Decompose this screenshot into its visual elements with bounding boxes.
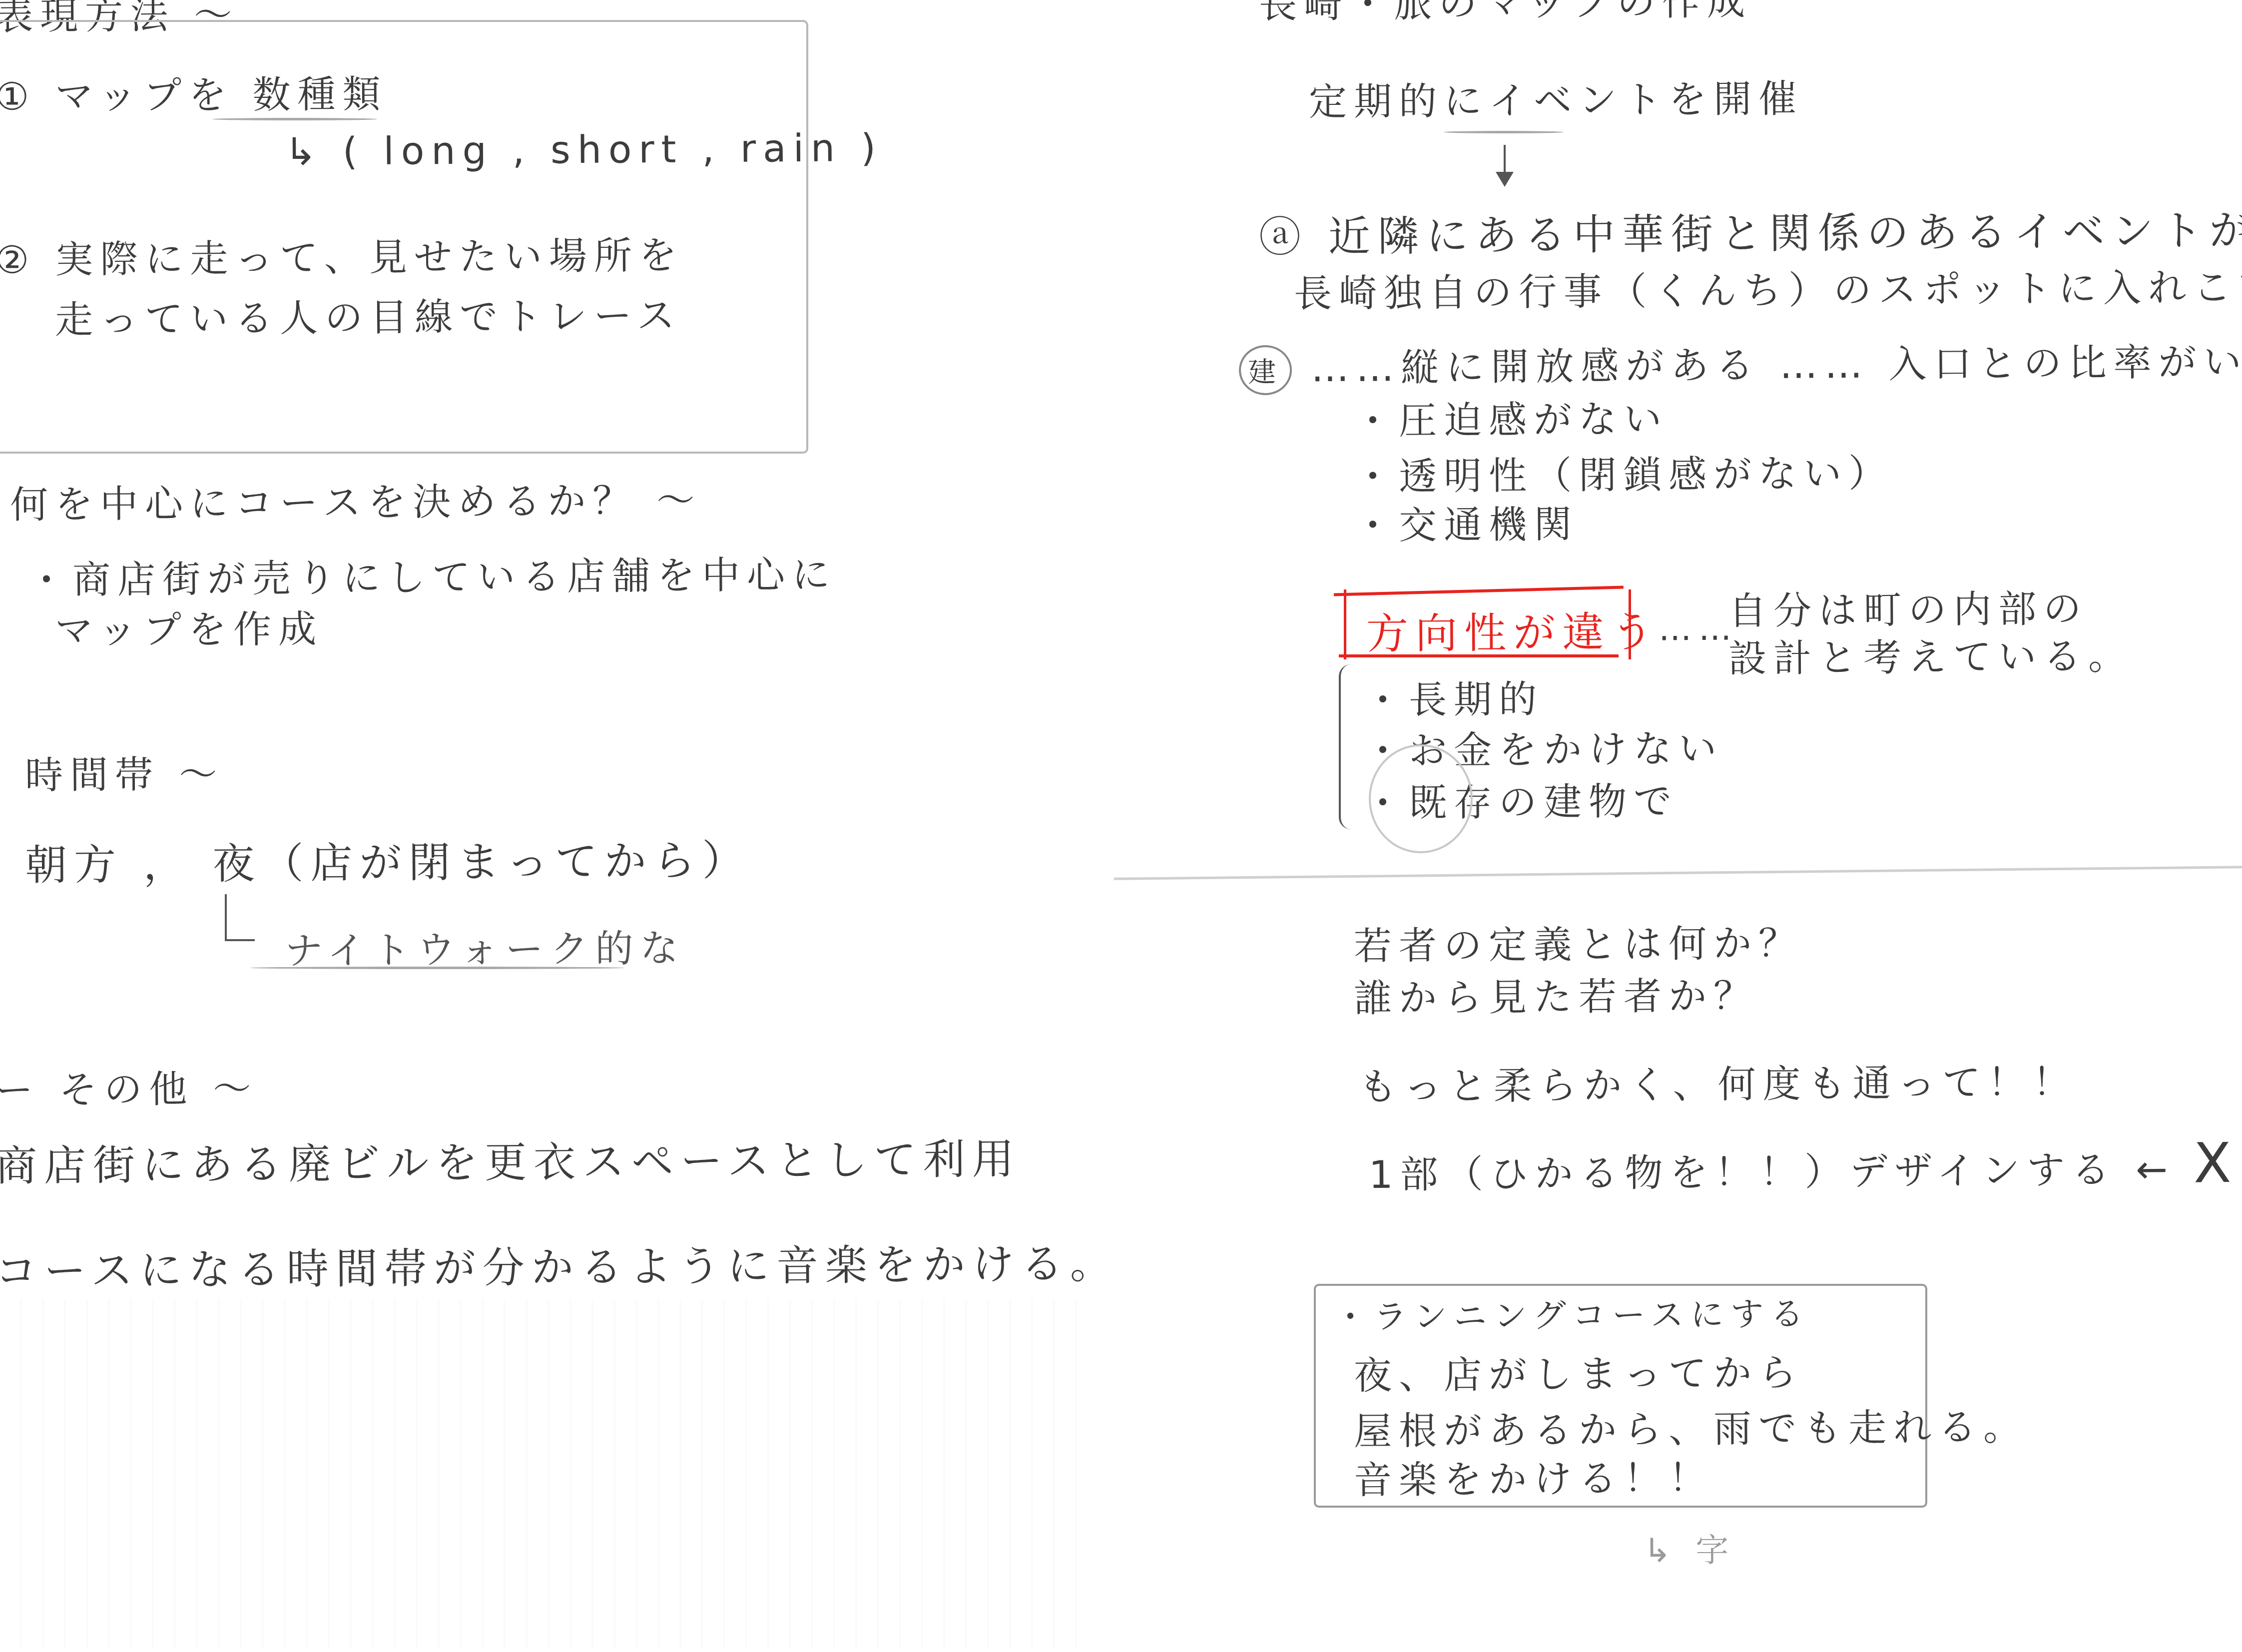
brace-mark (1339, 664, 1351, 829)
architecture-bullet-3: ・交通機関 (1354, 494, 1579, 550)
running-annotation: ↳ 字 (1644, 1523, 1736, 1571)
idea-marker-icon: ⓐ (1259, 212, 1308, 262)
architecture-bullet-1: ・圧迫感がない (1354, 389, 1669, 445)
scan-texture (0, 1299, 1089, 1649)
idea-line-1: ⓐ 近隣にある中華街と関係のあるイベントが 主 (1259, 196, 2242, 264)
bracket-foot (225, 939, 255, 941)
hook-arrow-icon: ↳ (285, 129, 324, 174)
time-line: 朝方 ， 夜（店が閉まってから） (25, 827, 751, 892)
box-item-2: ② 実際に走って、見せたい場所を (0, 225, 684, 284)
box-item-2-cont: 走っている人の目線でトレース (55, 285, 682, 344)
circled-architecture-mark: 建 (1239, 345, 1292, 396)
left-arrow-icon: ← (2136, 1147, 2175, 1192)
design-line: 1部（ひかる物を！！）デザインする ← X (1369, 1131, 2239, 1201)
underline-mark (212, 118, 377, 120)
idea-line-2: 長崎独自の行事（くんち）のスポットに入れこむ。 (1294, 256, 2242, 318)
cross-mark: X (2194, 1131, 2239, 1195)
youth-comment: もっと柔らかく、何度も通って！！ (1359, 1052, 2078, 1111)
night-walk-underline (250, 967, 624, 969)
running-item-2: 夜、店がしまってから (1354, 1342, 1804, 1400)
event-underline (1444, 131, 1564, 133)
architecture-bullet-2: ・透明性（閉鎖感がない） (1354, 443, 1894, 501)
circled-number-2: ② (0, 237, 36, 282)
architecture-first-text: ……縦に開放感がある …… 入口との比率がいい (1311, 339, 2242, 391)
other-item-1: 商店街にある廃ビルを更衣スペースとして利用 (0, 1125, 1021, 1193)
box-item-1: ① マップを 数種類 (0, 63, 388, 120)
box-item-1-text: マップを 数種類 (55, 71, 388, 118)
other-item-2: コースになる時間帯が分かるように音楽をかける。 (0, 1230, 1119, 1298)
section-heading-course: 何を中心にコースを決めるか？ 〜 (10, 470, 702, 529)
idea-line-1-text: 近隣にある中華街と関係のあるイベントが (1328, 206, 2242, 261)
section-heading-other: ー その他 〜 (0, 1058, 258, 1114)
down-arrow-icon (1504, 145, 1506, 185)
direction-red-label: 方向性が違う (1366, 598, 1661, 661)
running-item-1: ・ランニングコースにする (1334, 1287, 1811, 1338)
box-item-2-text: 実際に走って、見せたい場所を (55, 233, 684, 282)
course-item-1: ・商店街が売りにしている店舗を中心に (27, 544, 837, 604)
design-line-text: 1部（ひかる物を！！）デザインする (1369, 1147, 2117, 1197)
running-item-4: 音楽をかける！！ (1354, 1447, 1714, 1504)
pencil-circle-mark (1369, 744, 1473, 853)
youth-question-1: 若者の定義とは何か？ (1354, 913, 1804, 970)
direction-item-1: ・長期的 (1364, 669, 1544, 725)
top-line-cut: 長崎・旅のマップの作成 (1259, 0, 1752, 28)
section-heading-time: 時間帯 〜 (25, 744, 224, 800)
architecture-first-line: 建 ……縦に開放感がある …… 入口との比率がいい (1239, 331, 2242, 396)
box-item-variants: ↳ ( long , short , rain ) (285, 125, 883, 174)
circled-number-1: ① (0, 74, 36, 119)
event-line: 定期的にイベントを開催 (1309, 68, 1804, 126)
map-variants-text: ( long , short , rain ) (343, 125, 883, 174)
youth-question-2: 誰から見た若者か？ (1354, 965, 1759, 1023)
direction-note-2: 設計と考えている。 (1728, 625, 2134, 683)
course-item-2: マップを作成 (55, 598, 324, 655)
bracket-mark (225, 894, 227, 939)
running-item-3: 屋根があるから、雨でも走れる。 (1354, 1396, 2029, 1455)
page-divider (1114, 866, 2242, 880)
direction-connector: …… (1659, 609, 1739, 648)
